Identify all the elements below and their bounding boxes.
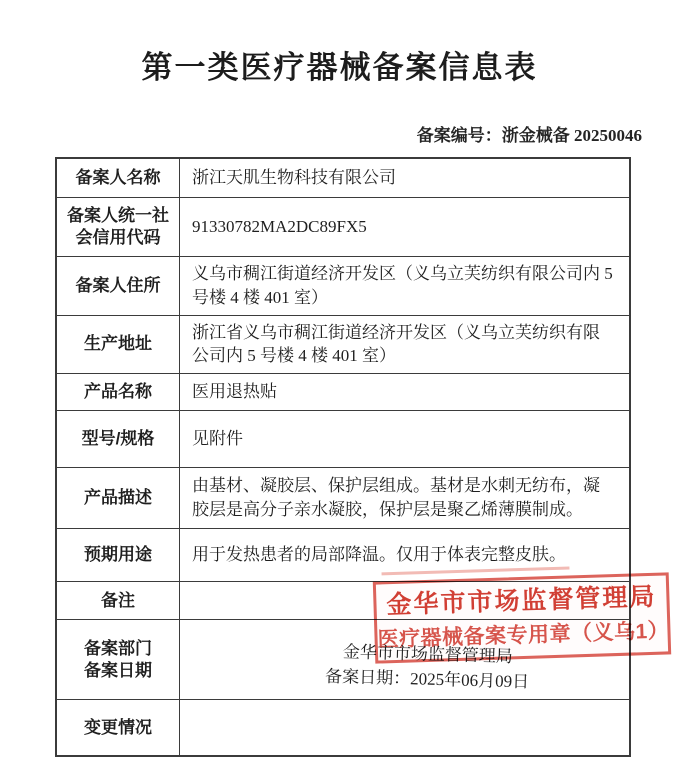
filing-info-table: 备案人名称 浙江天肌生物科技有限公司 备案人统一社会信用代码 91330782M…: [55, 157, 631, 757]
row-value: 浙江省义乌市稠江街道经济开发区（义乌立芙纺织有限公司内 5 号楼 4 楼 401…: [180, 316, 629, 374]
filing-number-value: 浙金械备 20250046: [502, 126, 642, 145]
row-value: 义乌市稠江街道经济开发区（义乌立芙纺织有限公司内 5 号楼 4 楼 401 室）: [180, 257, 629, 315]
row-label: 产品名称: [57, 374, 180, 410]
row-label: 备案人名称: [57, 159, 180, 197]
stamp-purpose-text: 医疗器械备案专用章（义乌1）: [377, 614, 668, 653]
stamp-authority-text: 金华市市场监督管理局: [376, 576, 667, 621]
row-label: 备案人统一社会信用代码: [57, 198, 180, 256]
table-row-production-address: 生产地址 浙江省义乌市稠江街道经济开发区（义乌立芙纺织有限公司内 5 号楼 4 …: [57, 315, 629, 374]
row-value: [180, 700, 629, 755]
row-label: 产品描述: [57, 468, 180, 528]
filing-number-line: 备案编号：浙金械备 20250046: [0, 121, 679, 146]
row-label: 生产地址: [57, 316, 180, 374]
table-row-model-spec: 型号/规格 见附件: [57, 410, 629, 467]
filing-date-label: 备案日期: [84, 660, 152, 682]
row-label: 备案部门 备案日期: [57, 620, 180, 699]
table-row-product-name: 产品名称 医用退热贴: [57, 373, 629, 410]
table-row-registrant-name: 备案人名称 浙江天肌生物科技有限公司: [57, 159, 629, 197]
table-row-product-description: 产品描述 由基材、凝胶层、保护层组成。基材是水刺无纺布，凝胶层是高分子亲水凝胶，…: [57, 467, 629, 528]
row-value: 由基材、凝胶层、保护层组成。基材是水刺无纺布，凝胶层是高分子亲水凝胶，保护层是聚…: [180, 468, 629, 528]
row-label: 变更情况: [57, 700, 180, 755]
official-stamp: 金华市市场监督管理局 医疗器械备案专用章（义乌1）: [373, 572, 671, 663]
filing-dept-label: 备案部门: [84, 638, 152, 660]
table-row-intended-use: 预期用途 用于发热患者的局部降温。仅用于体表完整皮肤。: [57, 528, 629, 581]
row-value: 91330782MA2DC89FX5: [180, 198, 629, 256]
row-label: 预期用途: [57, 529, 180, 581]
row-label: 备案人住所: [57, 257, 180, 315]
row-value: 医用退热贴: [180, 374, 629, 410]
row-value: 浙江天肌生物科技有限公司: [180, 159, 629, 197]
row-value: 见附件: [180, 411, 629, 467]
page-title: 第一类医疗器械备案信息表: [0, 42, 679, 87]
filing-number-label: 备案编号：: [417, 126, 502, 145]
row-label: 型号/规格: [57, 411, 180, 467]
table-row-change-status: 变更情况: [57, 699, 629, 755]
table-row-registrant-address: 备案人住所 义乌市稠江街道经济开发区（义乌立芙纺织有限公司内 5 号楼 4 楼 …: [57, 256, 629, 315]
row-label: 备注: [57, 582, 180, 619]
table-row-credit-code: 备案人统一社会信用代码 91330782MA2DC89FX5: [57, 197, 629, 256]
